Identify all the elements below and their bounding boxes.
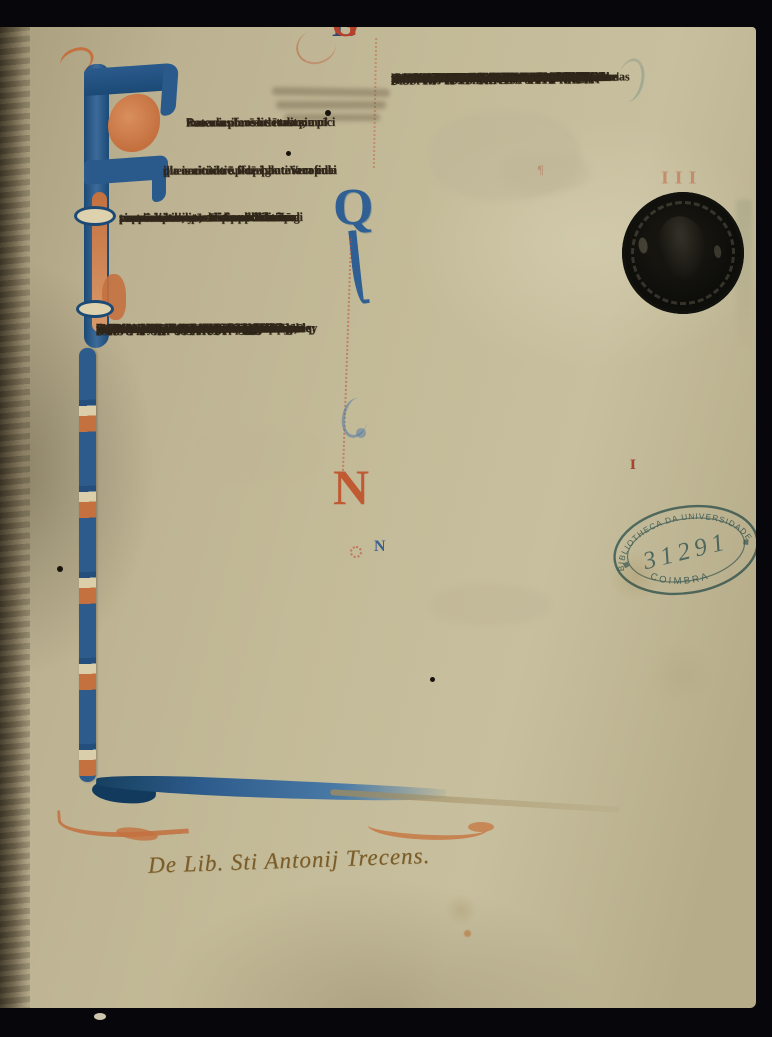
rust-stain	[464, 930, 471, 937]
initial-q: Q	[333, 182, 373, 234]
photo-border-right	[756, 0, 772, 1037]
photo-border-top	[0, 0, 772, 27]
wormhole-dot	[57, 566, 63, 572]
manuscript-text-line: 7 suauissimas litteras q; a pīci	[186, 115, 335, 131]
blue-filigree-dot	[356, 428, 366, 438]
stamp-glint	[713, 245, 722, 259]
numeral-i: I	[630, 458, 636, 473]
red-filigree-flower	[350, 546, 362, 558]
running-title-letter: G	[332, 27, 358, 45]
manuscript-photo: L O G Rater ambrosius ī tua munuscula pf…	[0, 0, 772, 1037]
manuscript-text-line: illa necitudo ē. 7 xpi glutino copula	[163, 163, 337, 180]
initial-n: N	[333, 462, 369, 512]
wormhole-dot	[430, 677, 435, 682]
quire-numeral-upper: III	[661, 169, 702, 187]
margin-extender-bar	[79, 348, 96, 782]
fade-patch	[200, 430, 320, 480]
initial-knot	[76, 300, 114, 318]
show-through-line	[276, 101, 386, 109]
binding-edge	[0, 27, 30, 1008]
running-title-fragment: L O G	[332, 27, 462, 47]
stamp-glint	[637, 237, 648, 254]
stamp-accession-number: 31291	[639, 528, 731, 576]
initial-n-small: N	[374, 539, 386, 555]
border-speck	[94, 1013, 106, 1020]
manuscript-text-line: paucos discipulos. de natura de morib; a…	[96, 321, 317, 338]
fade-patch	[430, 585, 550, 625]
pen-flourish-orange	[468, 822, 494, 832]
initial-arm-tip	[160, 64, 179, 117]
photo-border-bottom	[0, 1008, 772, 1037]
fade-patch	[500, 152, 590, 192]
illuminated-initial-f	[64, 64, 186, 350]
wormhole-dot	[325, 110, 331, 116]
initial-knot	[74, 206, 116, 226]
manuscript-text-line: grām q data ē ei p ipositionē man' pbrij…	[391, 70, 588, 87]
initial-infill	[108, 94, 160, 152]
wormhole-dot	[286, 151, 291, 156]
manuscript-text-line: ria trānsisse: ut eos quos ex libris no	[119, 210, 299, 227]
